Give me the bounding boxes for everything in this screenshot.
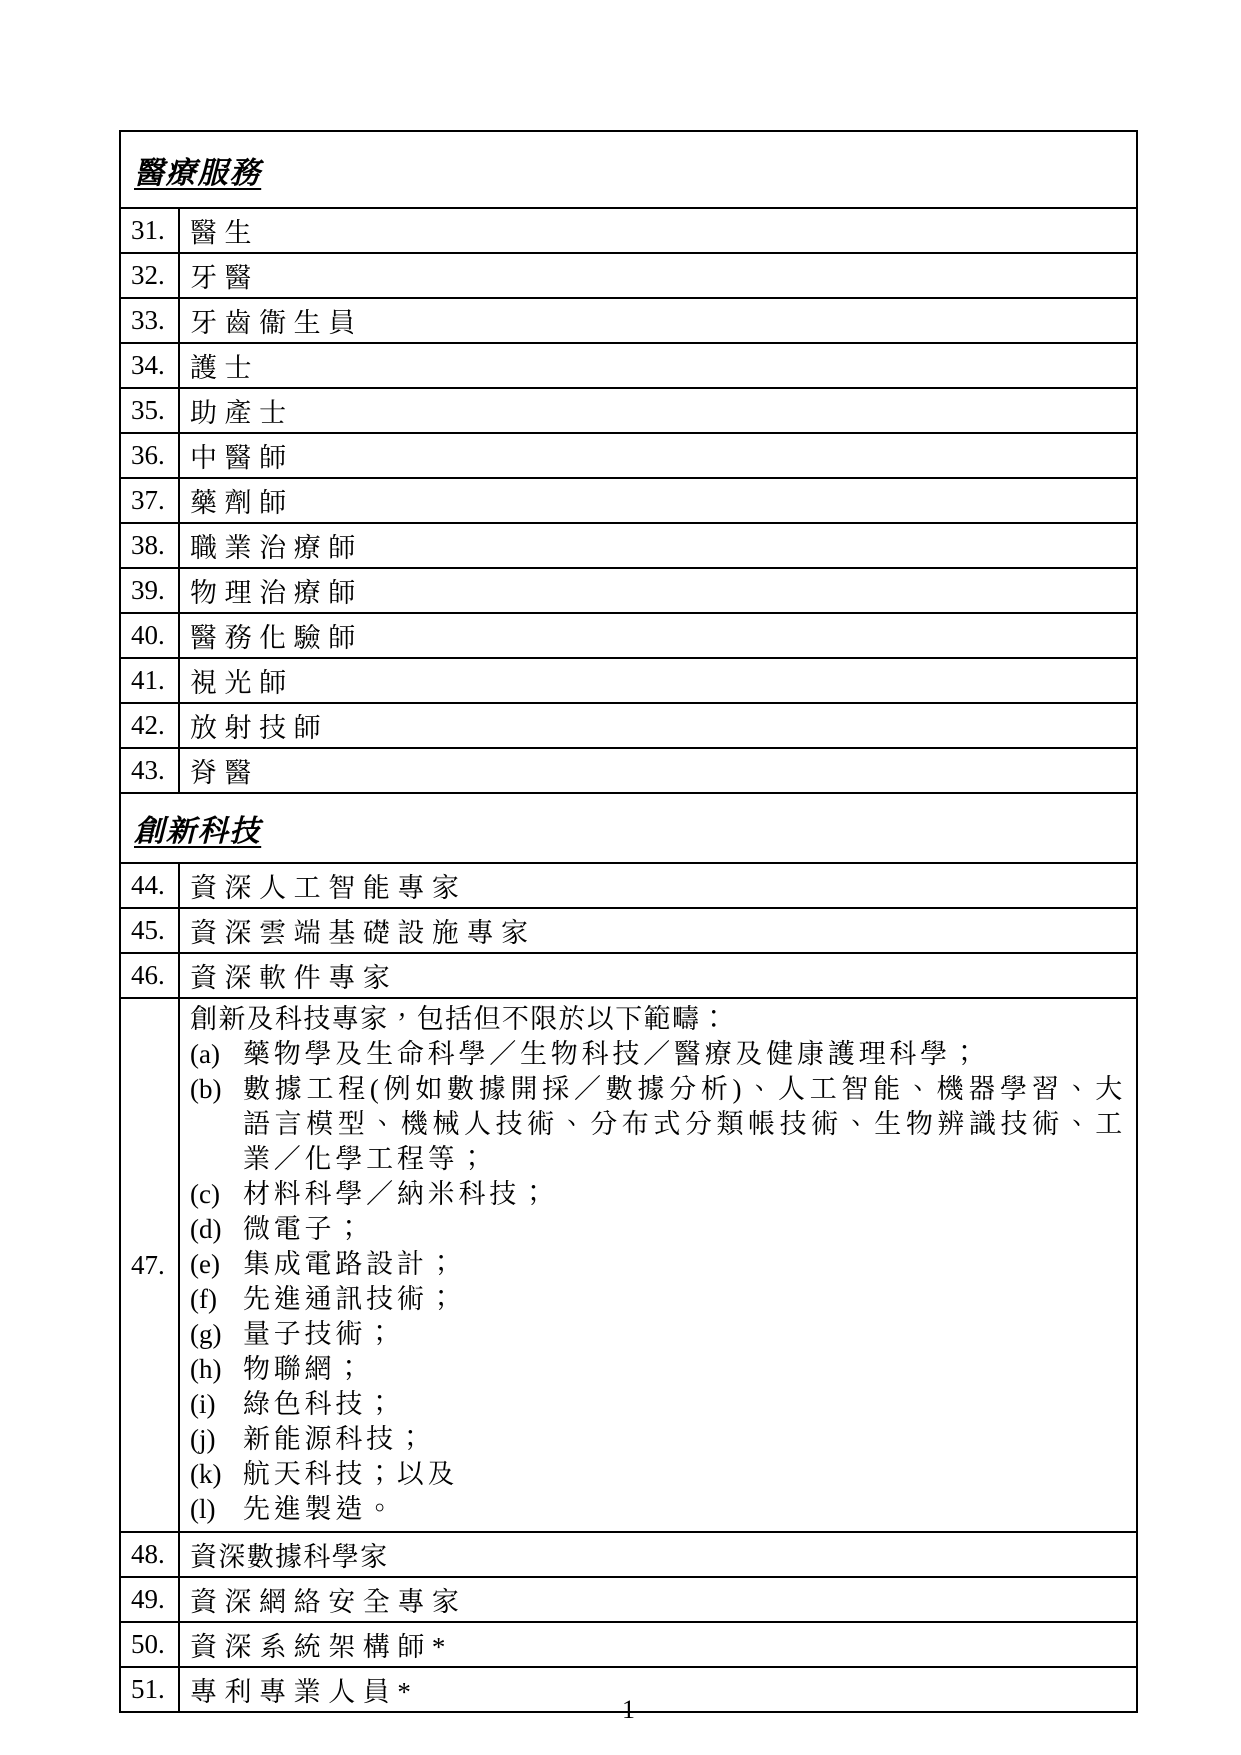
sub-item: (c)材料科學／納米科技； — [190, 1177, 1126, 1212]
section-heading-cell: 醫療服務 — [120, 131, 1137, 208]
row-text-cell: 助產士 — [179, 388, 1137, 433]
row-number-cell: 32. — [120, 253, 179, 298]
row-text: 脊醫 — [190, 758, 259, 788]
row-number-cell: 45. — [120, 908, 179, 953]
table-row: 49.資深網絡安全專家 — [120, 1577, 1137, 1622]
table-row: 36.中醫師 — [120, 433, 1137, 478]
row-number-cell: 31. — [120, 208, 179, 253]
row-text-cell: 創新及科技專家，包括但不限於以下範疇：(a)藥物學及生命科學／生物科技／醫療及健… — [179, 998, 1137, 1532]
row-number-cell: 39. — [120, 568, 179, 613]
row-text-cell: 資深網絡安全專家 — [179, 1577, 1137, 1622]
sub-item-label: (k) — [190, 1457, 243, 1492]
row-text-cell: 脊醫 — [179, 748, 1137, 793]
sub-item: (a)藥物學及生命科學／生物科技／醫療及健康護理科學； — [190, 1037, 1126, 1072]
row-text: 資深系統架構師* — [190, 1632, 453, 1662]
row-number-cell: 34. — [120, 343, 179, 388]
sub-item: (f)先進通訊技術； — [190, 1282, 1126, 1317]
row-number-cell: 35. — [120, 388, 179, 433]
table-row: 37.藥劑師 — [120, 478, 1137, 523]
row-number-cell: 49. — [120, 1577, 179, 1622]
row-text-cell: 牙醫 — [179, 253, 1137, 298]
row-text: 牙齒衞生員 — [190, 308, 363, 338]
row-text: 牙醫 — [190, 263, 259, 293]
sub-item-label: (i) — [190, 1387, 243, 1422]
sub-item: (h)物聯網； — [190, 1352, 1126, 1387]
row-text: 助產士 — [190, 398, 294, 428]
table-row: 38.職業治療師 — [120, 523, 1137, 568]
row-number-cell: 41. — [120, 658, 179, 703]
row-number-cell: 37. — [120, 478, 179, 523]
sub-item-text: 量子技術； — [243, 1317, 1126, 1352]
row-text-cell: 牙齒衞生員 — [179, 298, 1137, 343]
row-number-cell: 50. — [120, 1622, 179, 1667]
table-row: 44.資深人工智能專家 — [120, 863, 1137, 908]
table-row: 34.護士 — [120, 343, 1137, 388]
sub-item-label: (a) — [190, 1037, 243, 1072]
row-text: 資深人工智能專家 — [190, 873, 466, 903]
sub-item: (b)數據工程(例如數據開採／數據分析)、人工智能、機器學習、大語言模型、機械人… — [190, 1072, 1126, 1177]
sub-item-label: (f) — [190, 1282, 243, 1317]
table-row: 46.資深軟件專家 — [120, 953, 1137, 998]
sub-item: (k)航天科技；以及 — [190, 1457, 1126, 1492]
row-number-cell: 43. — [120, 748, 179, 793]
row-text-cell: 物理治療師 — [179, 568, 1137, 613]
row-text: 放射技師 — [190, 713, 328, 743]
table-row: 43.脊醫 — [120, 748, 1137, 793]
row-text-cell: 資深人工智能專家 — [179, 863, 1137, 908]
section-heading-row: 醫療服務 — [120, 131, 1137, 208]
document-page: 醫療服務31.醫生32.牙醫33.牙齒衞生員34.護士35.助產士36.中醫師3… — [0, 0, 1241, 1755]
table-row: 39.物理治療師 — [120, 568, 1137, 613]
sub-item-label: (b) — [190, 1072, 243, 1177]
section-heading: 醫療服務 — [134, 157, 261, 190]
sub-item-text: 新能源科技； — [243, 1422, 1126, 1457]
row-number-cell: 46. — [120, 953, 179, 998]
row-number-cell: 44. — [120, 863, 179, 908]
row-text-cell: 資深雲端基礎設施專家 — [179, 908, 1137, 953]
row-text: 物理治療師 — [190, 578, 363, 608]
row-text-cell: 放射技師 — [179, 703, 1137, 748]
row-text: 醫務化驗師 — [190, 623, 363, 653]
row-text-cell: 資深軟件專家 — [179, 953, 1137, 998]
row-text: 資深網絡安全專家 — [190, 1587, 466, 1617]
sub-item: (g)量子技術； — [190, 1317, 1126, 1352]
row-text: 中醫師 — [190, 443, 294, 473]
row-number-cell: 47. — [120, 998, 179, 1532]
sub-item-label: (j) — [190, 1422, 243, 1457]
section-heading: 創新科技 — [134, 815, 261, 848]
row-text: 創新及科技專家，包括但不限於以下範疇： — [190, 1002, 1126, 1037]
table-row: 40.醫務化驗師 — [120, 613, 1137, 658]
sub-item-text: 先進製造。 — [243, 1492, 1126, 1527]
row-text: 醫生 — [190, 218, 259, 248]
row-text-cell: 醫務化驗師 — [179, 613, 1137, 658]
sub-item: (d)微電子； — [190, 1212, 1126, 1247]
section-heading-row: 創新科技 — [120, 793, 1137, 863]
sub-item-label: (e) — [190, 1247, 243, 1282]
row-text-cell: 護士 — [179, 343, 1137, 388]
row-number-cell: 48. — [120, 1532, 179, 1577]
table-row: 41.視光師 — [120, 658, 1137, 703]
row-text: 資深雲端基礎設施專家 — [190, 918, 536, 948]
sub-item: (l)先進製造。 — [190, 1492, 1126, 1527]
row-text: 資深數據科學家 — [190, 1542, 388, 1572]
table-row: 33.牙齒衞生員 — [120, 298, 1137, 343]
sub-item-label: (h) — [190, 1352, 243, 1387]
sub-item-label: (c) — [190, 1177, 243, 1212]
sub-item-text: 材料科學／納米科技； — [243, 1177, 1126, 1212]
sub-item-text: 集成電路設計； — [243, 1247, 1126, 1282]
row-text-cell: 中醫師 — [179, 433, 1137, 478]
table-row: 42.放射技師 — [120, 703, 1137, 748]
row-text: 視光師 — [190, 668, 294, 698]
table-row: 31.醫生 — [120, 208, 1137, 253]
sub-item-text: 航天科技；以及 — [243, 1457, 1126, 1492]
row-text: 護士 — [190, 353, 259, 383]
sub-item-label: (d) — [190, 1212, 243, 1247]
table-row: 48.資深數據科學家 — [120, 1532, 1137, 1577]
row-text-cell: 資深系統架構師* — [179, 1622, 1137, 1667]
table-row: 45.資深雲端基礎設施專家 — [120, 908, 1137, 953]
sub-item-text: 綠色科技； — [243, 1387, 1126, 1422]
sub-item: (j)新能源科技； — [190, 1422, 1126, 1457]
sub-item: (e)集成電路設計； — [190, 1247, 1126, 1282]
sub-item-text: 藥物學及生命科學／生物科技／醫療及健康護理科學； — [243, 1037, 1126, 1072]
row-number-cell: 36. — [120, 433, 179, 478]
row-text-cell: 醫生 — [179, 208, 1137, 253]
sub-item: (i)綠色科技； — [190, 1387, 1126, 1422]
row-number-cell: 40. — [120, 613, 179, 658]
talent-list-table: 醫療服務31.醫生32.牙醫33.牙齒衞生員34.護士35.助產士36.中醫師3… — [119, 130, 1138, 1713]
sub-item-text: 數據工程(例如數據開採／數據分析)、人工智能、機器學習、大語言模型、機械人技術、… — [243, 1072, 1126, 1177]
sub-item-label: (g) — [190, 1317, 243, 1352]
sub-item-text: 物聯網； — [243, 1352, 1126, 1387]
row-number-cell: 33. — [120, 298, 179, 343]
sub-item-text: 先進通訊技術； — [243, 1282, 1126, 1317]
row-text-cell: 視光師 — [179, 658, 1137, 703]
section-heading-cell: 創新科技 — [120, 793, 1137, 863]
row-text-cell: 職業治療師 — [179, 523, 1137, 568]
table-row: 32.牙醫 — [120, 253, 1137, 298]
row-number-cell: 42. — [120, 703, 179, 748]
row-number-cell: 38. — [120, 523, 179, 568]
sub-item-label: (l) — [190, 1492, 243, 1527]
row-text-cell: 藥劑師 — [179, 478, 1137, 523]
sub-item-text: 微電子； — [243, 1212, 1126, 1247]
row-text-cell: 資深數據科學家 — [179, 1532, 1137, 1577]
table-row: 35.助產士 — [120, 388, 1137, 433]
page-number: 1 — [119, 1695, 1138, 1725]
row-text: 資深軟件專家 — [190, 963, 397, 993]
table-row: 47.創新及科技專家，包括但不限於以下範疇：(a)藥物學及生命科學／生物科技／醫… — [120, 998, 1137, 1532]
row-text: 職業治療師 — [190, 533, 363, 563]
row-text: 藥劑師 — [190, 488, 294, 518]
table-row: 50.資深系統架構師* — [120, 1622, 1137, 1667]
